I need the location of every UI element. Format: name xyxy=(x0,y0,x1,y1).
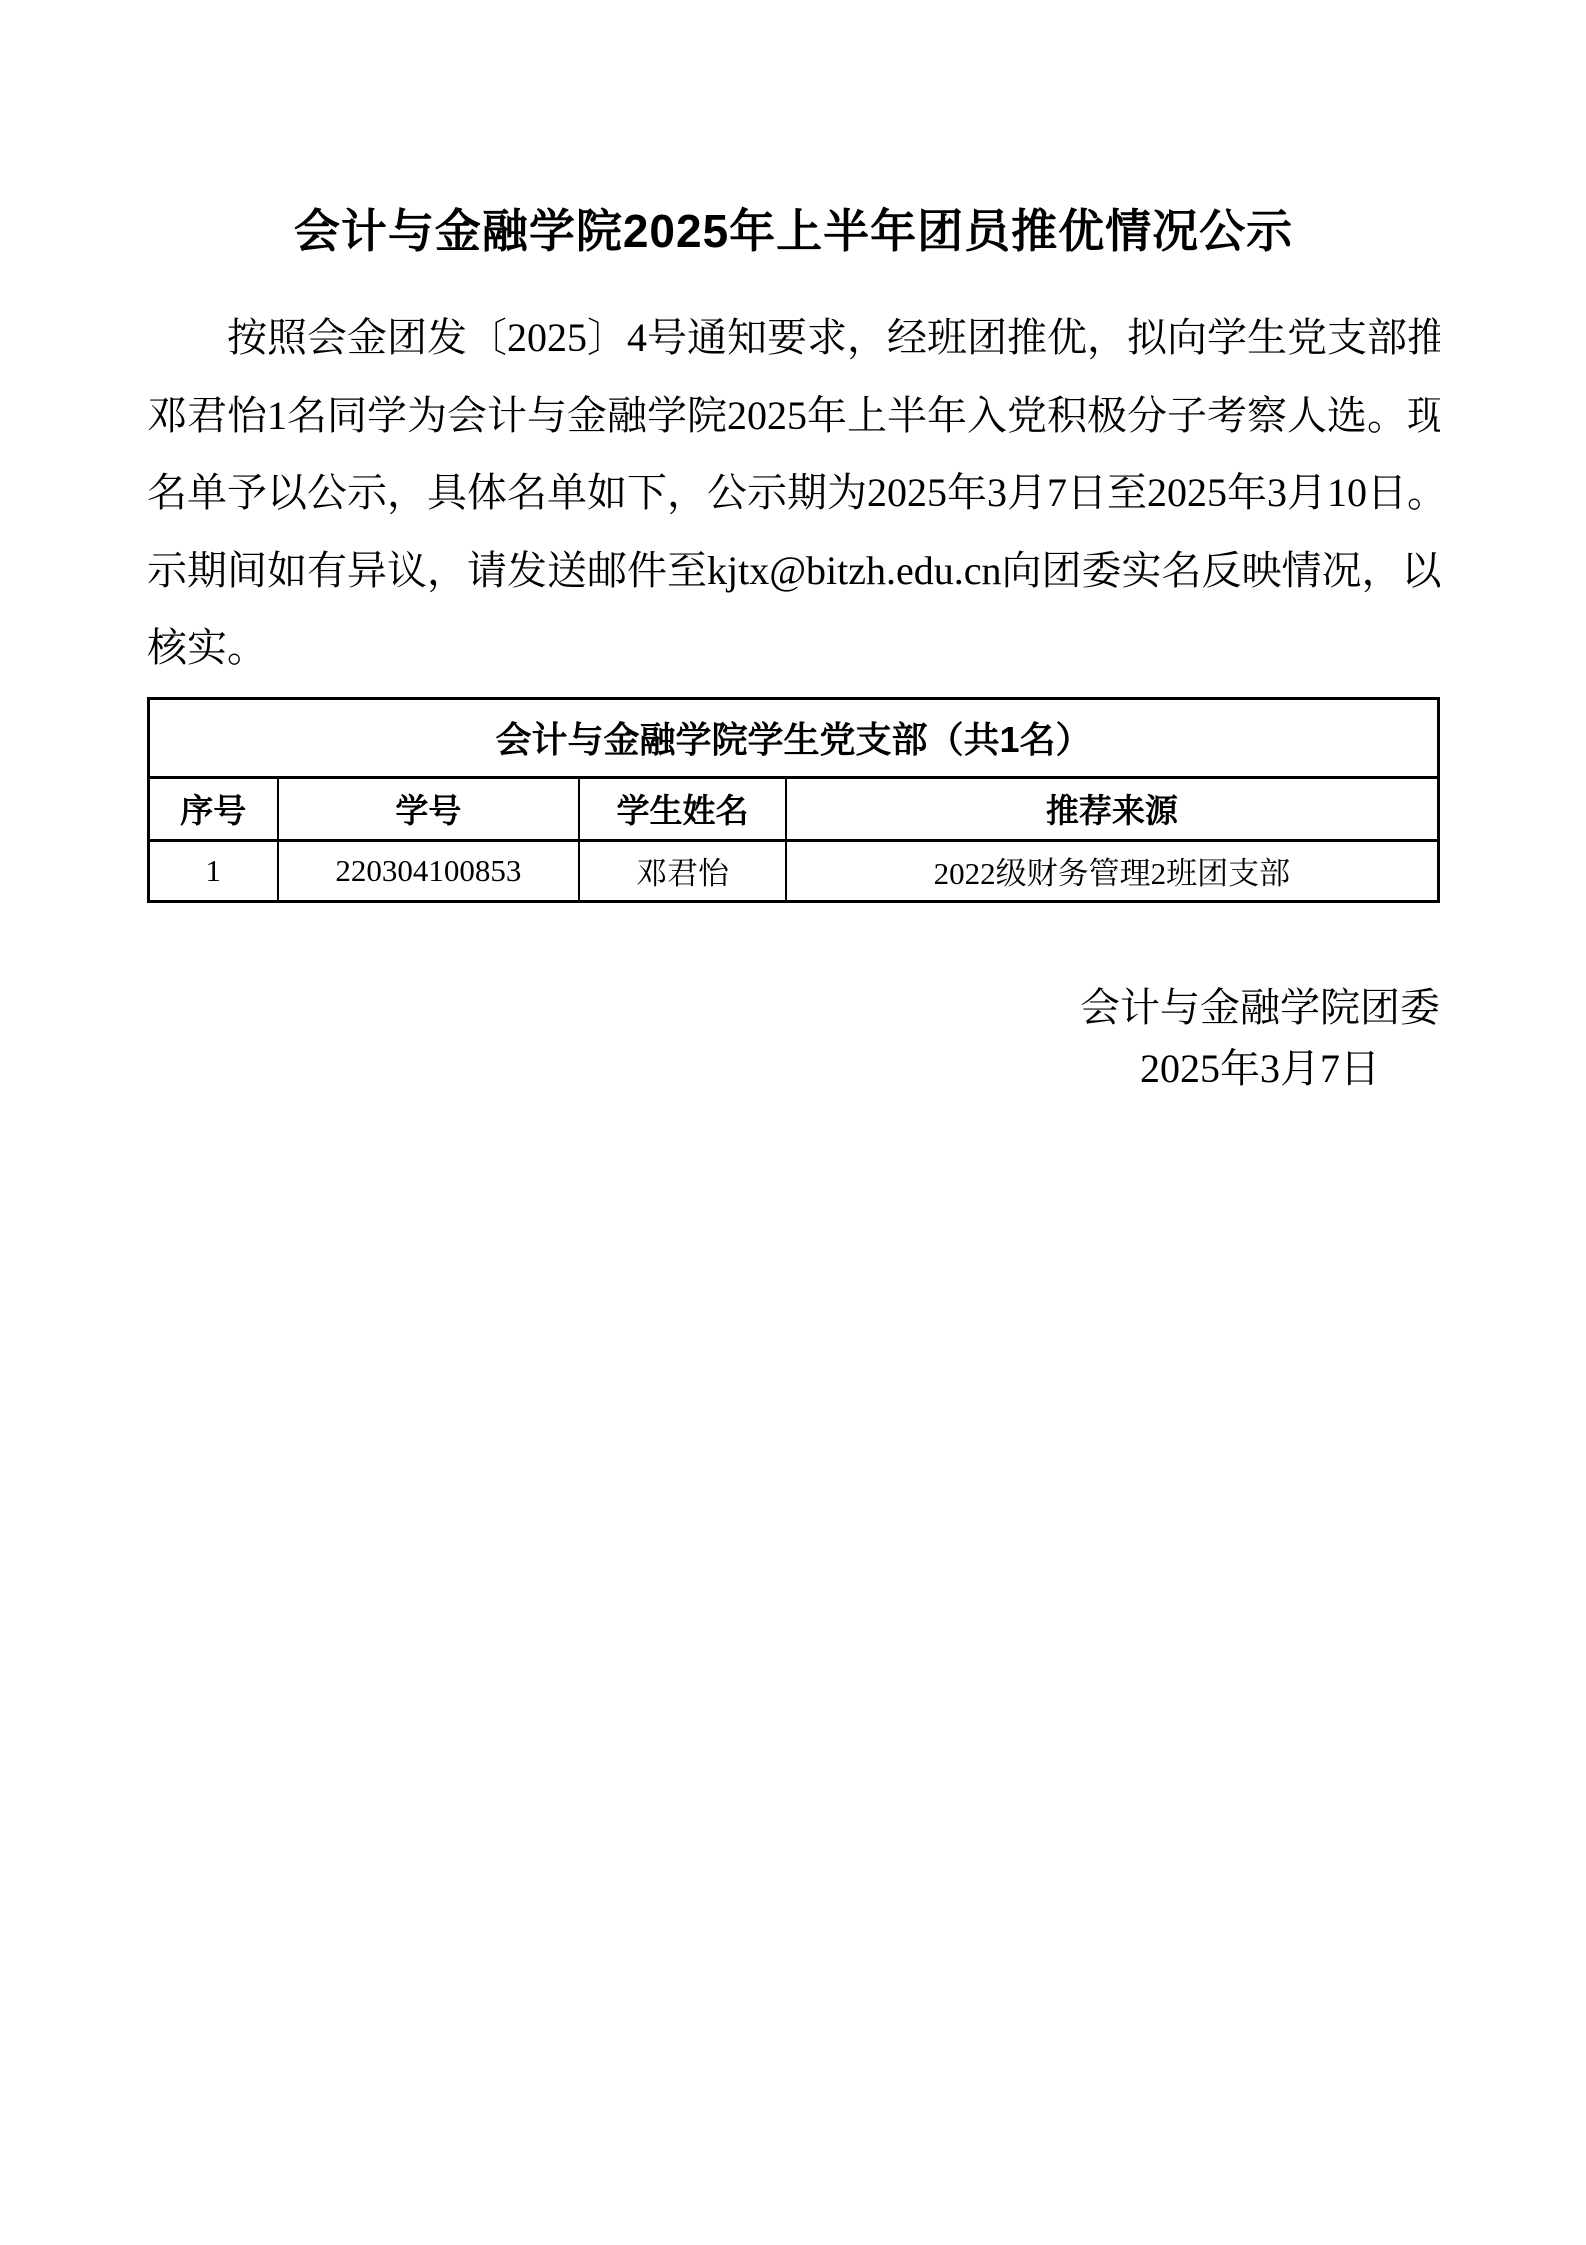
page-title: 会计与金融学院2025年上半年团员推优情况公示 xyxy=(147,205,1440,257)
paragraph-line-with-email: 示期间如有异议，请发送邮件至kjtx@bitzh.edu.cn向团委实名反映情况… xyxy=(147,532,1440,610)
table-caption: 会计与金融学院学生党支部（共1名） xyxy=(149,698,1439,777)
column-header-student-name: 学生姓名 xyxy=(579,777,785,840)
column-header-index: 序号 xyxy=(149,777,278,840)
body-paragraph: 按照会金团发〔2025〕4号通知要求，经班团推优，拟向学生党支部推荐 邓君怡1名… xyxy=(147,299,1440,687)
paragraph-line: 邓君怡1名同学为会计与金融学院2025年上半年入党积极分子考察人选。现将 xyxy=(147,377,1440,455)
signature-date: 2025年3月7日 xyxy=(1080,1038,1440,1099)
paragraph-line: 名单予以公示，具体名单如下，公示期为2025年3月7日至2025年3月10日。公 xyxy=(147,454,1440,532)
paragraph-line: 核实。 xyxy=(147,609,1440,687)
announcement-page: 会计与金融学院2025年上半年团员推优情况公示 按照会金团发〔2025〕4号通知… xyxy=(0,0,1586,2245)
cell-student-id: 220304100853 xyxy=(278,840,580,901)
cell-student-name: 邓君怡 xyxy=(579,840,785,901)
signature-block: 会计与金融学院团委 2025年3月7日 xyxy=(147,977,1440,1099)
table-header-row: 序号 学号 学生姓名 推荐来源 xyxy=(149,777,1439,840)
roster-table: 会计与金融学院学生党支部（共1名） 序号 学号 学生姓名 推荐来源 1 2203… xyxy=(147,697,1440,903)
signature-inner: 会计与金融学院团委 2025年3月7日 xyxy=(1080,977,1440,1099)
table-row: 1 220304100853 邓君怡 2022级财务管理2班团支部 xyxy=(149,840,1439,901)
column-header-student-id: 学号 xyxy=(278,777,580,840)
column-header-recommendation-source: 推荐来源 xyxy=(786,777,1439,840)
paragraph-line: 按照会金团发〔2025〕4号通知要求，经班团推优，拟向学生党支部推荐 xyxy=(147,299,1440,377)
signature-org: 会计与金融学院团委 xyxy=(1080,977,1440,1038)
cell-index: 1 xyxy=(149,840,278,901)
cell-recommendation-source: 2022级财务管理2班团支部 xyxy=(786,840,1439,901)
table-caption-row: 会计与金融学院学生党支部（共1名） xyxy=(149,698,1439,777)
